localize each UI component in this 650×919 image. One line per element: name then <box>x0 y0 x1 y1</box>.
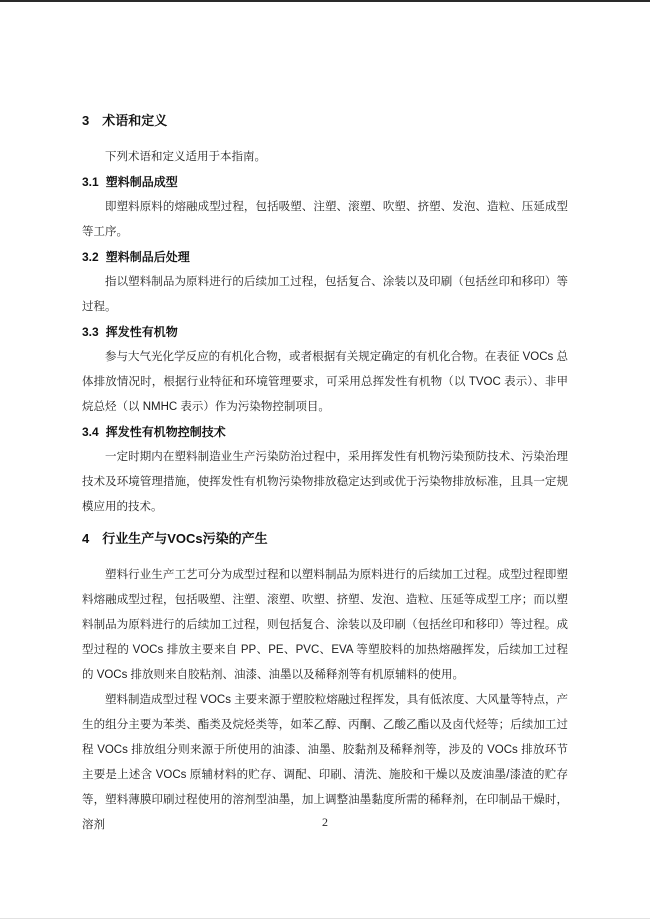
chapter-4-number: 4 <box>82 531 89 546</box>
chapter-4-paragraph-1: 塑料行业生产工艺可分为成型过程和以塑料制品为原料进行的后续加工过程。成型过程即塑… <box>82 563 568 688</box>
section-3-3-title: 挥发性有机物 <box>106 325 178 339</box>
document-content: 3术语和定义 下列术语和定义适用于本指南。 3.1塑料制品成型 即塑料原料的熔融… <box>0 2 650 838</box>
section-3-1-title: 塑料制品成型 <box>106 175 178 189</box>
section-3-4-title: 挥发性有机物控制技术 <box>106 425 226 439</box>
chapter-3-number: 3 <box>82 113 89 128</box>
section-3-2-number: 3.2 <box>82 250 99 264</box>
section-3-4-paragraph: 一定时期内在塑料制造业生产污染防治过程中，采用挥发性有机物污染预防技术、污染治理… <box>82 445 568 520</box>
section-3-2-heading: 3.2塑料制品后处理 <box>82 245 568 270</box>
chapter-4-title: 行业生产与VOCs污染的产生 <box>102 531 267 546</box>
page-footer: 2 <box>0 810 650 835</box>
section-3-2-title: 塑料制品后处理 <box>106 250 190 264</box>
document-page: 3术语和定义 下列术语和定义适用于本指南。 3.1塑料制品成型 即塑料原料的熔融… <box>0 0 650 919</box>
section-3-3-paragraph: 参与大气光化学反应的有机化合物，或者根据有关规定确定的有机化合物。在表征 VOC… <box>82 345 568 420</box>
section-3-1-number: 3.1 <box>82 175 99 189</box>
intro-paragraph: 下列术语和定义适用于本指南。 <box>82 145 568 170</box>
section-3-1-heading: 3.1塑料制品成型 <box>82 170 568 195</box>
section-3-2-paragraph: 指以塑料制品为原料进行的后续加工过程，包括复合、涂装以及印刷（包括丝印和移印）等… <box>82 270 568 320</box>
section-3-3-heading: 3.3挥发性有机物 <box>82 320 568 345</box>
page-number: 2 <box>322 815 328 829</box>
section-3-4-number: 3.4 <box>82 425 99 439</box>
section-3-4-heading: 3.4挥发性有机物控制技术 <box>82 420 568 445</box>
chapter-3-title: 术语和定义 <box>102 113 167 128</box>
section-3-3-number: 3.3 <box>82 325 99 339</box>
chapter-4-heading: 4行业生产与VOCs污染的产生 <box>82 526 568 551</box>
section-3-1-paragraph: 即塑料原料的熔融成型过程，包括吸塑、注塑、滚塑、吹塑、挤塑、发泡、造粒、压延成型… <box>82 195 568 245</box>
chapter-3-heading: 3术语和定义 <box>82 108 568 133</box>
